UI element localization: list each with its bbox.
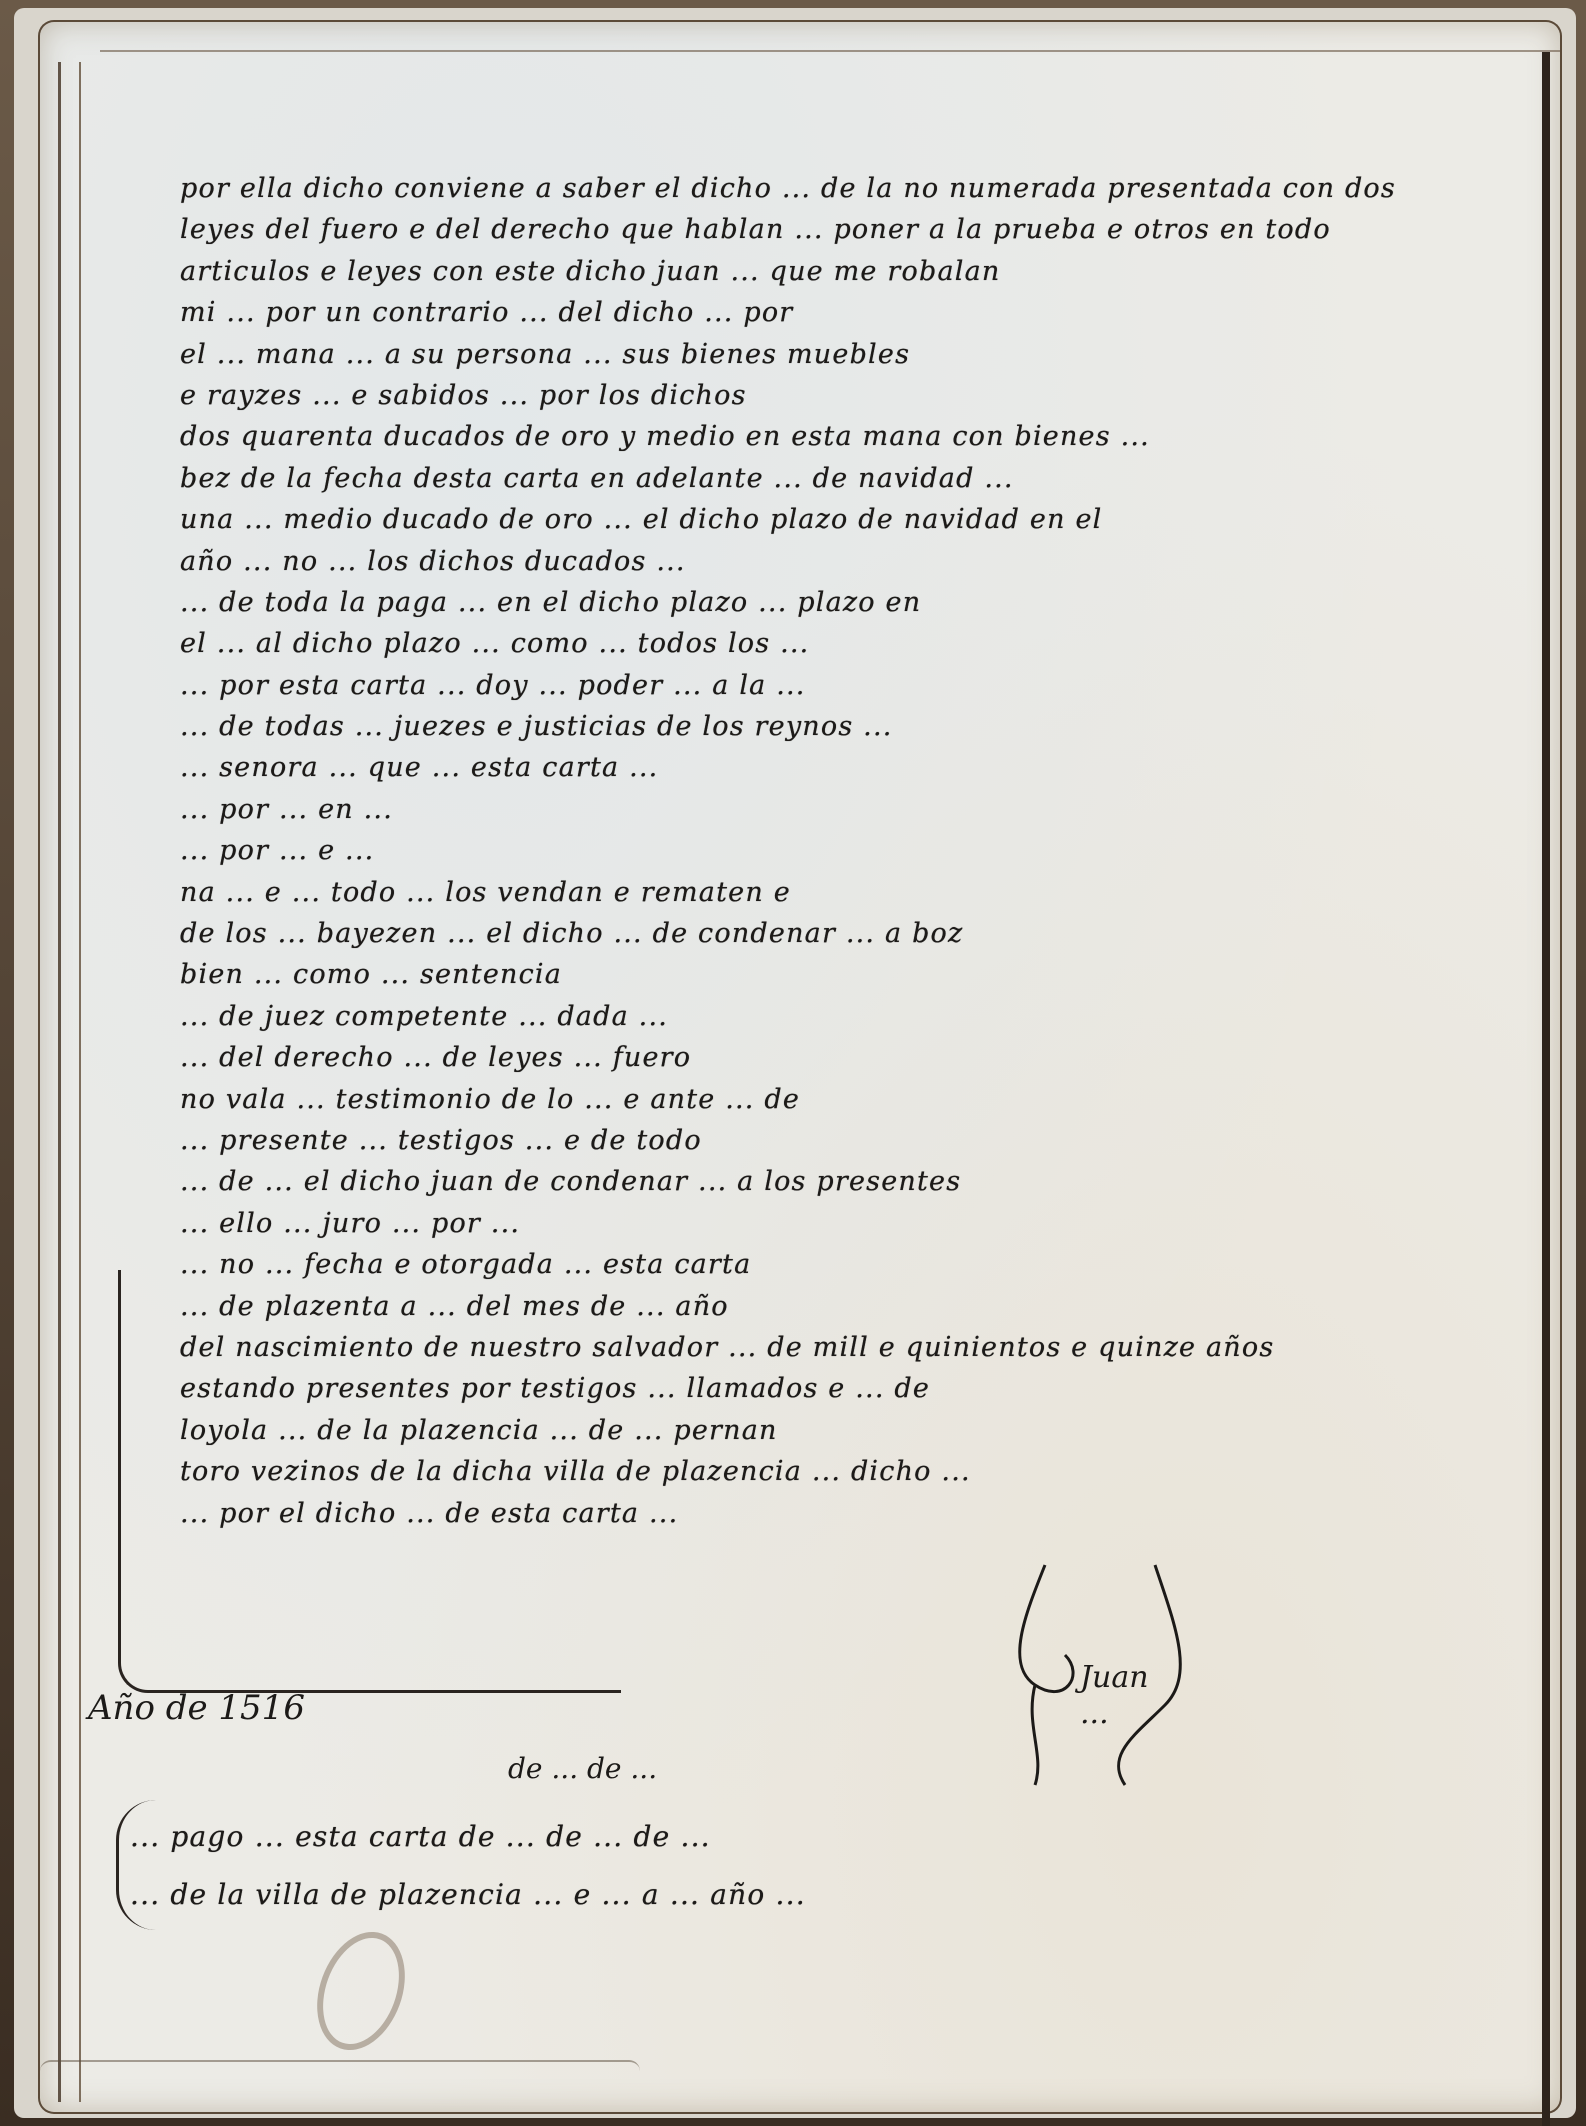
text-line: ... del derecho ... de leyes ... fuero [180, 1037, 1480, 1078]
text-line: de los ... bayezen ... el dicho ... de c… [180, 913, 1480, 954]
text-line: na ... e ... todo ... los vendan e remat… [180, 872, 1480, 913]
margin-bracket [118, 1270, 621, 1693]
page-crack [40, 2060, 640, 2082]
text-line: por ella dicho conviene a saber el dicho… [180, 168, 1480, 209]
text-line: ... presente ... testigos ... e de todo [180, 1120, 1480, 1161]
signature-name: Juan ... [1080, 1660, 1149, 1732]
text-line: ... por esta carta ... doy ... poder ...… [180, 665, 1480, 706]
text-line: ... de toda la paga ... en el dicho plaz… [180, 582, 1480, 623]
text-line: no vala ... testimonio de lo ... e ante … [180, 1079, 1480, 1120]
bottom-text: ... pago ... esta carta de ... de ... de… [130, 1808, 1460, 1924]
text-line: el ... mana ... a su persona ... sus bie… [180, 334, 1480, 375]
text-line: e rayzes ... e sabidos ... por los dicho… [180, 375, 1480, 416]
text-line: dos quarenta ducados de oro y medio en e… [180, 416, 1480, 457]
text-line: ... de ... el dicho juan de condenar ...… [180, 1161, 1480, 1202]
text-line: ... por ... e ... [180, 830, 1480, 871]
text-line: ... ello ... juro ... por ... [180, 1203, 1480, 1244]
text-line: una ... medio ducado de oro ... el dicho… [180, 499, 1480, 540]
heading-note: de ... de ... [508, 1752, 657, 1785]
text-line: bez de la fecha desta carta en adelante … [180, 458, 1480, 499]
page-right-edge [1542, 52, 1550, 2126]
text-line: ... por ... en ... [180, 789, 1480, 830]
text-line: articulos e leyes con este dicho juan ..… [180, 251, 1480, 292]
text-line: mi ... por un contrario ... del dicho ..… [180, 292, 1480, 333]
text-line: año ... no ... los dichos ducados ... [180, 541, 1480, 582]
text-line: bien ... como ... sentencia [180, 954, 1480, 995]
text-line: ... senora ... que ... esta carta ... [180, 747, 1480, 788]
text-line: ... pago ... esta carta de ... de ... de… [130, 1808, 1460, 1866]
text-line: ... de la villa de plazencia ... e ... a… [130, 1866, 1460, 1924]
margin-year-note: Año de 1516 [88, 1688, 305, 1728]
binding-edge [58, 62, 81, 2102]
text-line: ... de juez competente ... dada ... [180, 996, 1480, 1037]
text-line: leyes del fuero e del derecho que hablan… [180, 209, 1480, 250]
text-line: ... de todas ... juezes e justicias de l… [180, 706, 1480, 747]
text-line: el ... al dicho plazo ... como ... todos… [180, 623, 1480, 664]
page-top-edge [100, 38, 1560, 52]
